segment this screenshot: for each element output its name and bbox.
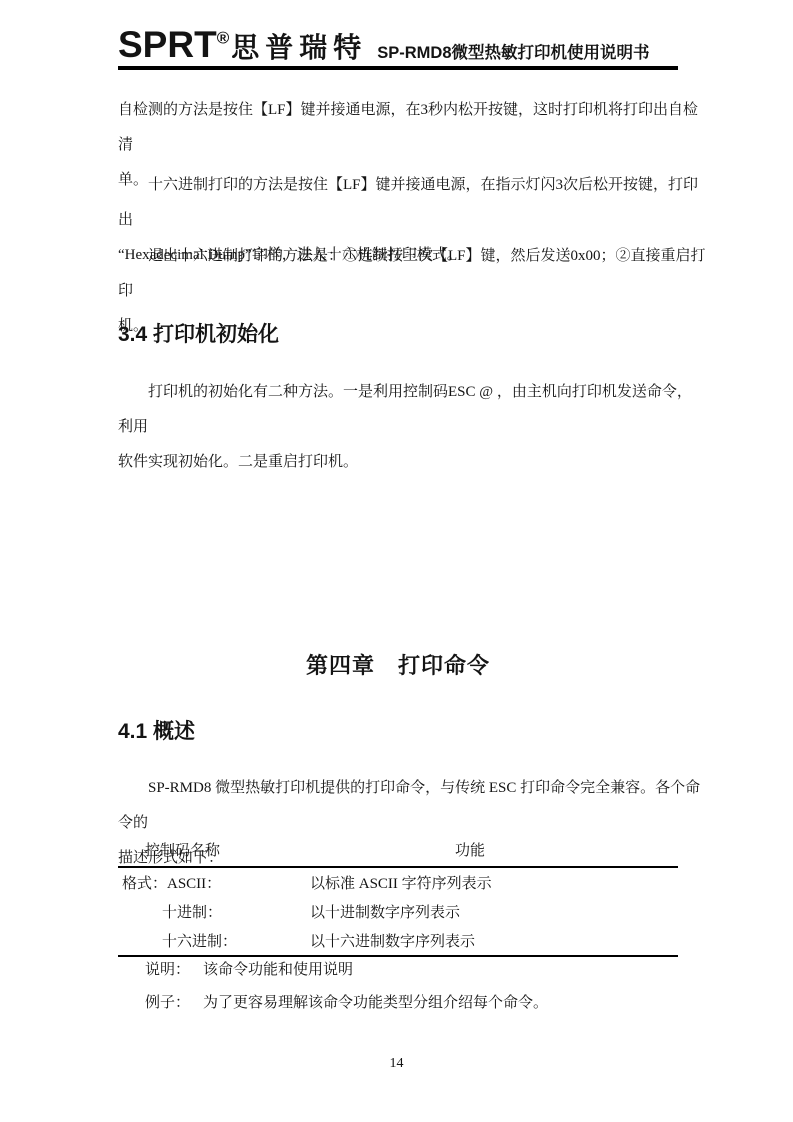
table-cell-hex: 十六进制： — [118, 930, 310, 951]
registered-trademark-icon: ® — [217, 29, 230, 48]
table-header-row: 控制码名称 功能 — [118, 836, 678, 866]
table-row: 十六进制： 以十六进制数字序列表示 — [118, 926, 678, 955]
section-heading-4-1: 4.1 概述 — [118, 719, 195, 744]
page-header: SPRT® 思普瑞特 SP-RMD8微型热敏打印机使用说明书 — [118, 26, 678, 70]
brand-logo: SPRT® — [118, 26, 229, 63]
table-header-control-code: 控制码名称 — [145, 843, 220, 859]
brand-logo-text: SPRT — [118, 24, 217, 65]
table-cell-hex-desc: 以十六进制数字序列表示 — [310, 930, 678, 951]
command-format-table: 控制码名称 功能 格式：ASCII： 以标准 ASCII 字符序列表示 十进制：… — [118, 836, 678, 957]
table-row: 格式：ASCII： 以标准 ASCII 字符序列表示 — [118, 868, 678, 897]
note-label: 说明： — [145, 962, 190, 978]
table-cell-format-ascii: 格式：ASCII： — [118, 872, 310, 893]
example-row: 例子：为了更容易理解该命令功能类型分组介绍每个命令。 — [145, 988, 548, 1018]
table-cell-decimal: 十进制： — [118, 901, 310, 922]
page-number: 14 — [0, 1056, 793, 1072]
section-heading-3-4: 3.4 打印机初始化 — [118, 322, 279, 347]
example-text: 为了更容易理解该命令功能类型分组介绍每个命令。 — [203, 995, 548, 1011]
table-cell-ascii-desc: 以标准 ASCII 字符序列表示 — [310, 872, 678, 893]
table-row: 十进制： 以十进制数字序列表示 — [118, 897, 678, 926]
brand-chinese-name: 思普瑞特 — [231, 35, 367, 63]
note-row: 说明：该命令功能和使用说明 — [145, 955, 353, 985]
note-text: 该命令功能和使用说明 — [203, 962, 353, 978]
example-label: 例子： — [145, 995, 190, 1011]
document-title: SP-RMD8微型热敏打印机使用说明书 — [377, 44, 649, 63]
table-cell-decimal-desc: 以十进制数字序列表示 — [310, 901, 678, 922]
chapter-title: 第四章 打印命令 — [118, 649, 678, 680]
table-header-function: 功能 — [455, 836, 485, 866]
para-initialization: 打印机的初始化有二种方法。一是利用控制码ESC @ ，由主机向打印机发送命令，利… — [118, 375, 706, 480]
manual-page: SPRT® 思普瑞特 SP-RMD8微型热敏打印机使用说明书 自检测的方法是按住… — [0, 0, 793, 1122]
